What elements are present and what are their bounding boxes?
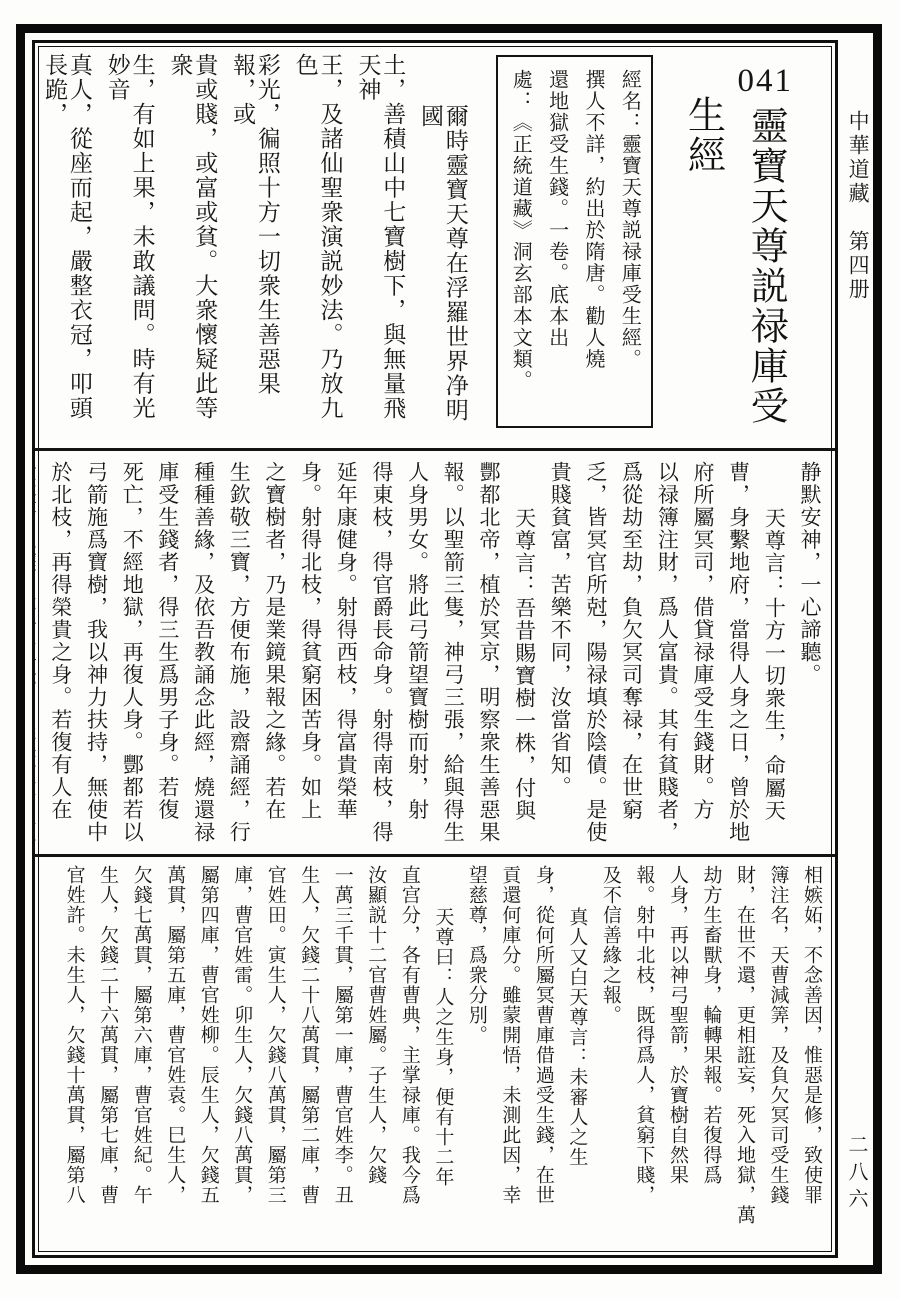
- register-top: 041 靈寶天尊説禄庫受 生經 經名：靈寶天尊説禄庫受生經。撰人不詳，約出於隋唐…: [35, 43, 835, 451]
- colophon-column: 撰人不詳，約出於隋唐。勸人燒: [582, 69, 604, 370]
- text-column: 爾時靈寶天尊在浮羅世界净明國: [417, 53, 467, 442]
- text-column: 財，在世不還，更相誑妄，死入地獄，萬: [733, 865, 754, 1225]
- text-column: 人身，再以神弓聖箭，於寶樹自然果: [666, 865, 687, 1185]
- text-column: 人身男女。將此弓箭望寶樹而射，射: [406, 461, 429, 821]
- text-column: 庫，曹官姓雷。卯生人，欠錢八萬貫，: [231, 865, 252, 1205]
- text-column: 直宫分，各有曹典，主掌禄庫。我今爲: [398, 865, 419, 1205]
- text-column: 劫方生畜獸身，輪轉果報。若復得爲: [700, 865, 721, 1185]
- text-column: 彩光，徧照十方一切衆生善惡果報，或: [229, 53, 279, 442]
- text-column: 世慳貪愚癡，不信經法，負債不還，更: [35, 461, 36, 844]
- text-column: 生欽敬三寶，方便布施，設齋誦經，行: [228, 461, 251, 844]
- text-column: 以禄簿注財，爲人富貴。其有貧賤者，: [656, 461, 679, 844]
- doc-number: 041: [738, 65, 794, 98]
- colophon-column: 經名：靈寶天尊説禄庫受生經。: [618, 69, 640, 370]
- register-bottom: 相嫉妬，不念善因，惟惡是修，致使罪簿注名，天曹減筭，及負欠冥司受生錢財，在世不還…: [35, 857, 835, 1255]
- text-column: 生，有如上果，未敢議問。時有光妙音: [104, 53, 154, 442]
- text-column: 望慈尊，爲衆分別。: [465, 865, 486, 1045]
- text-column: 欠錢七萬貫，屬第六庫，曹官姓紀。午: [130, 865, 151, 1205]
- title-column: 041 靈寶天尊説禄庫受: [738, 53, 794, 426]
- colophon-box: 經名：靈寶天尊説禄庫受生經。撰人不詳，約出於隋唐。勸人燒還地獄受生錢。一卷。底本…: [496, 55, 654, 428]
- text-column: 報。以聖箭三隻，神弓三張，給與得生: [442, 461, 465, 844]
- colophon-column: 處：《正統道藏》洞玄部本文類。: [509, 69, 531, 392]
- text-block: 041 靈寶天尊説禄庫受 生經 經名：靈寶天尊説禄庫受生經。撰人不詳，約出於隋唐…: [32, 40, 838, 1258]
- text-column: 貢還何庫分。雖蒙開悟，未測此因，幸: [499, 865, 520, 1205]
- scripture-title-line2: 生經: [680, 53, 724, 175]
- text-column: 王，及諸仙聖衆演説妙法。乃放九色: [292, 53, 342, 442]
- text-column: 府所屬冥司，借貸禄庫受生錢財。方: [691, 461, 714, 821]
- text-column: 身。射得北枝，得貧窮困苦身。如上: [299, 461, 322, 821]
- text-column: 簿注名，天曹減筭，及負欠冥司受生錢: [767, 865, 788, 1205]
- text-column: 天尊曰：人之生身，便有十二年: [432, 865, 453, 1187]
- text-column: 生人，欠錢二十六萬貫，屬第七庫，曹: [97, 865, 118, 1205]
- text-column: 死亡，不經地獄，再復人身。酆都若以: [121, 461, 144, 844]
- text-column: 弓箭施爲寶樹，我以神力扶持，無使中: [85, 461, 108, 844]
- edition-label: 中華道藏 第四册: [846, 110, 869, 302]
- text-column: 及不信善緣之報。: [599, 865, 620, 1025]
- text-column: 酆都北帝，植於冥京，明察衆生善惡果: [477, 461, 500, 844]
- text-column: 於北枝，再得榮貴之身。若復有人在: [49, 461, 72, 821]
- series-label: 中華道藏: [846, 110, 870, 206]
- text-column: 庫受生錢者，得三生爲男子身。若復: [156, 461, 179, 821]
- text-column: 真人，從座而起，嚴整衣冠，叩頭長跪，: [41, 53, 91, 442]
- text-column: 身，從何所屬冥曹庫借過受生錢，在世: [532, 865, 553, 1205]
- text-column: 報。射中北枝，既得爲人，貧窮下賤，: [633, 865, 654, 1205]
- text-column: 一萬三千貫，屬第一庫，曹官姓李。丑: [331, 865, 352, 1205]
- register-middle: 静默安神，一心諦聽。天尊言：十方一切衆生，命屬天曹，身繫地府，當得人身之日，曾於…: [35, 451, 835, 857]
- text-column: 汝顯説十二官曹姓屬。子生人，欠錢: [365, 865, 386, 1185]
- text-column: 得東枝，得官爵長命身。射得南枝，得: [370, 461, 393, 844]
- volume-label: 第四册: [846, 230, 869, 302]
- text-column: 官姓田。寅生人，欠錢八萬貫，屬第三: [264, 865, 285, 1205]
- colophon-column: 還地獄受生錢。一卷。底本出: [545, 69, 567, 349]
- folio-number: 二八六: [845, 1134, 867, 1215]
- text-column: 天尊言：十方一切衆生，命屬天: [763, 461, 786, 822]
- text-column: 天尊言：吾昔賜寶樹一株，付與: [513, 461, 536, 822]
- text-column: 相嫉妬，不念善因，惟惡是修，致使罪: [800, 865, 821, 1205]
- text-column: 静默安神，一心諦聽。: [798, 461, 821, 686]
- text-column: 真人又白天尊言：未審人之生: [566, 865, 587, 1167]
- text-column: 土，善積山中七寶樹下，與無量飛天神: [355, 53, 405, 442]
- text-column: 延年康健身。射得西枝，得富貴榮華: [335, 461, 358, 821]
- text-column: 曹，身繫地府，當得人身之日，曾於地: [727, 461, 750, 844]
- text-column: 之寶樹者，乃是業鏡果報之緣。若在: [263, 461, 286, 821]
- text-column: 官姓許。未生人，欠錢十萬貫，屬第八: [63, 865, 84, 1205]
- text-column: 貴或賤，或富或貧。大衆懷疑此等衆: [167, 53, 217, 442]
- text-column: 種種善緣，及依吾教誦念此經，燒還禄: [192, 461, 215, 844]
- text-column: 乏，皆冥官所尅，陽禄填於陰債。是使: [584, 461, 607, 844]
- scripture-title-line1: 靈寶天尊説禄庫受: [743, 106, 787, 426]
- text-column: 爲從劫至劫，負欠冥司奪禄，在世窮: [620, 461, 643, 821]
- scan-page: 中華道藏 第四册 二八六 041 靈寶天尊説禄庫受 生經 經名：靈寶天尊説禄庫受…: [0, 0, 900, 1300]
- text-column: 屬第四庫，曹官姓柳。辰生人，欠錢五: [197, 865, 218, 1205]
- text-column: 萬貫，屬第五庫，曹官姓袁。巳生人，: [164, 865, 185, 1205]
- text-column: 生人，欠錢二十八萬貫，屬第二庫，曹: [298, 865, 319, 1205]
- text-column: 貴賤貧富，苦樂不同，汝當省知。: [549, 461, 572, 799]
